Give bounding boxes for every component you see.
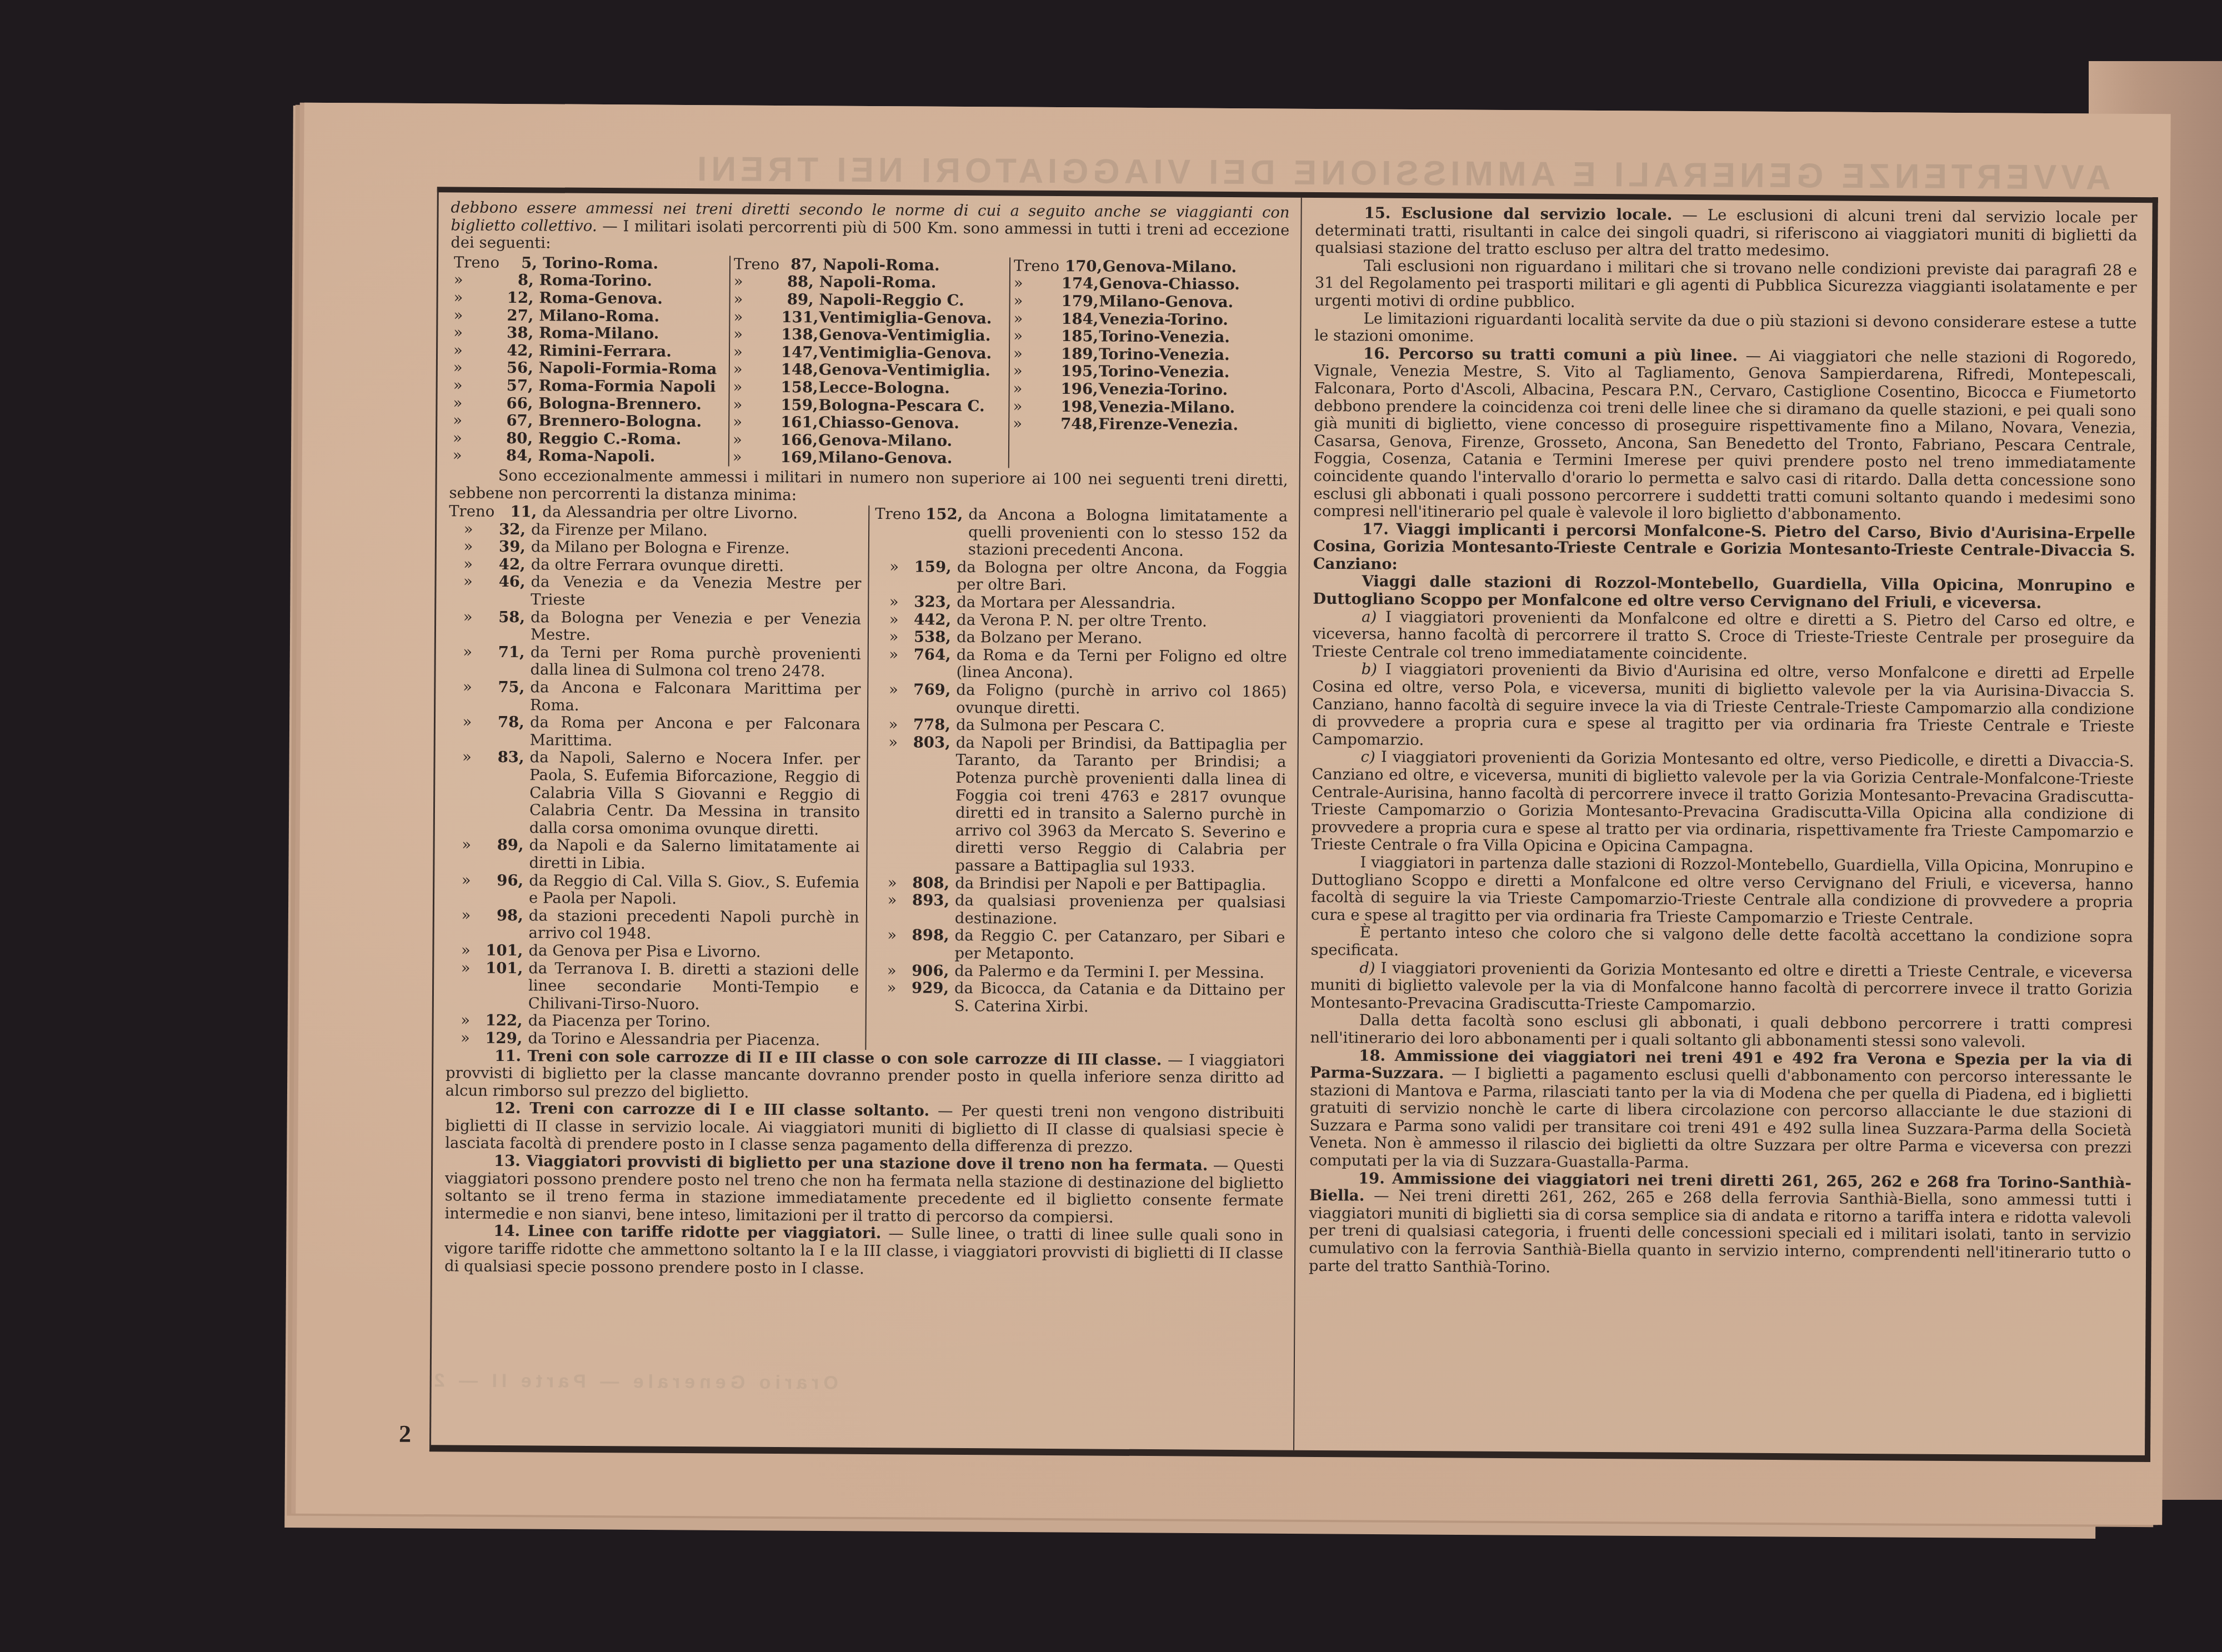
section-14-heading: 14. Linee con tariffe ridotte per viaggi… xyxy=(493,1222,881,1242)
train-route: Roma-Napoli. xyxy=(533,448,655,466)
exception-description: da Terranova I. B. diretti a stazioni de… xyxy=(523,960,859,1014)
train-number: 71, xyxy=(487,644,524,679)
item-d-label: d) xyxy=(1359,959,1375,977)
train-number: 32, xyxy=(488,520,526,538)
train-row: »748,Firenze-Venezia. xyxy=(1013,415,1288,435)
section-15: 15. Esclusione dal servizio locale. — Le… xyxy=(1315,204,2138,262)
ditto-mark: » xyxy=(733,431,780,449)
train-number: 80, xyxy=(501,430,533,448)
section-17-subheading: Viaggi dalle stazioni di Rozzol-Montebel… xyxy=(1313,573,2135,613)
train-route: Roma-Formia Napoli xyxy=(533,377,716,396)
ditto-mark: » xyxy=(733,449,780,467)
ditto-mark: » xyxy=(453,412,501,430)
train-number: 39, xyxy=(488,538,526,556)
page-number: 2 xyxy=(399,1420,411,1448)
exception-train-row: »46,da Venezia e da Venezia Mestre per T… xyxy=(448,573,861,611)
exception-description: da Verona P. N. per oltre Trento. xyxy=(951,612,1287,631)
train-number: 808, xyxy=(912,874,949,892)
train-number: 78, xyxy=(487,714,524,749)
ditto-mark: » xyxy=(448,643,487,679)
train-number: 184, xyxy=(1061,311,1093,328)
train-number: 66, xyxy=(501,394,533,412)
exception-description: da Roma per Ancona e per Falconara Marit… xyxy=(524,714,860,751)
exception-description: da qualsiasi provenienza per qualsiasi d… xyxy=(949,892,1285,929)
train-route: Brennero-Bologna. xyxy=(533,412,702,430)
exception-train-row: »75,da Ancona e Falconara Marittima per … xyxy=(448,678,860,716)
train-number: 84, xyxy=(501,447,533,465)
train-route: Napoli-Reggio C. xyxy=(814,291,964,309)
exception-description: da Firenze per Milano. xyxy=(526,521,862,540)
item-b-label: b) xyxy=(1361,660,1377,678)
ditto-mark: » xyxy=(1013,345,1061,363)
train-number: 88, xyxy=(782,273,814,291)
ditto-mark: » xyxy=(447,872,486,907)
train-number: 893, xyxy=(912,892,949,928)
exception-description: da Foligno (purchè in arrivo col 1865) o… xyxy=(950,682,1287,719)
exception-train-row: Treno152,da Ancona a Bologna limitatamen… xyxy=(875,505,1288,560)
train-number: 158, xyxy=(781,379,813,397)
exception-description: da Piacenza per Torino. xyxy=(523,1013,859,1032)
section-13: 13. Viaggiatori provvisti di biglietto p… xyxy=(444,1152,1284,1228)
train-row: »158,Lecce-Bologna. xyxy=(733,378,1009,398)
train-row: »166,Genova-Milano. xyxy=(733,431,1008,450)
section-15-heading: 15. Esclusione dal servizio locale. xyxy=(1364,204,1673,223)
ditto-mark: » xyxy=(1013,363,1061,381)
ditto-mark: » xyxy=(448,573,487,609)
exception-description: da Napoli per Brindisi, da Battipaglia p… xyxy=(949,734,1287,877)
exception-description: da stazioni precedenti Napoli purchè in … xyxy=(523,907,859,944)
train-number: 89, xyxy=(782,291,814,309)
ditto-mark: » xyxy=(449,555,488,573)
train-route: Bologna-Brennero. xyxy=(533,395,702,413)
train-route: Ventimiglia-Genova. xyxy=(813,344,992,363)
section-17-a: a) I viaggiatori provenienti da Monfalco… xyxy=(1313,608,2135,666)
train-number: 83, xyxy=(486,749,524,837)
train-route: Firenze-Venezia. xyxy=(1093,416,1238,434)
ditto-mark: » xyxy=(453,342,501,359)
exception-description: da Reggio C. per Catanzaro, per Sibari e… xyxy=(949,927,1285,964)
exception-description: da Ancona e Falconara Marittima per Roma… xyxy=(524,679,860,716)
train-number: 148, xyxy=(781,361,813,379)
train-row: Treno170,Genova-Milano. xyxy=(1014,257,1289,277)
exception-trains-left: Treno11,da Alessandria per oltre Livorno… xyxy=(446,503,868,1049)
ditto-mark: » xyxy=(1013,381,1061,398)
ditto-mark: » xyxy=(874,716,913,734)
timetable-page: AVVERTENZE GENERALI E AMMISSIONE DEI VIA… xyxy=(296,103,2170,1525)
train-route: Torino-Venezia. xyxy=(1093,328,1230,347)
train-number: 538, xyxy=(913,629,951,647)
train-number: 131, xyxy=(781,309,813,327)
exception-train-row: »98,da stazioni precedenti Napoli purchè… xyxy=(447,907,859,944)
train-row: »131,Ventimiglia-Genova. xyxy=(733,308,1009,328)
train-number: 906, xyxy=(911,962,949,980)
exception-train-row: »89,da Napoli e da Salerno limitatamente… xyxy=(447,837,859,874)
train-number: 169, xyxy=(780,449,813,467)
section-17-b: b) I viaggiatori provenienti da Bivio d'… xyxy=(1312,660,2135,753)
exception-description: da Palermo e da Termini I. per Messina. xyxy=(949,962,1285,982)
train-row: »138,Genova-Ventimiglia. xyxy=(733,326,1009,346)
ditto-mark: » xyxy=(1014,275,1062,293)
ditto-mark: » xyxy=(733,378,781,396)
train-number: 98, xyxy=(486,907,523,943)
exception-intro: Sono eccezionalmente ammessi i militari … xyxy=(449,467,1288,507)
train-route: Bologna-Pescara C. xyxy=(813,397,984,415)
train-number: 87, xyxy=(785,256,817,274)
ditto-mark: » xyxy=(446,1012,485,1030)
train-route: Ventimiglia-Genova. xyxy=(813,309,992,328)
train-row: »88,Napoli-Roma. xyxy=(734,273,1009,293)
train-number: 166, xyxy=(780,432,813,449)
ditto-mark: » xyxy=(1013,328,1061,346)
train-row: Treno5,Torino-Roma. xyxy=(454,254,729,273)
section-14: 14. Linee con tariffe ridotte per viaggi… xyxy=(444,1223,1284,1280)
ditto-mark: » xyxy=(1013,398,1060,415)
left-column: debbono essere ammessi nei treni diretti… xyxy=(444,199,1290,1280)
train-row: »189,Torino-Venezia. xyxy=(1013,345,1289,364)
train-number: 42, xyxy=(488,556,526,574)
train-route: Genova-Ventimiglia. xyxy=(813,362,990,381)
ditto-mark: » xyxy=(1013,415,1060,433)
train-route: Roma-Milano. xyxy=(533,324,659,343)
exception-description: da Milano per Bologna e Firenze. xyxy=(526,538,862,558)
train-route: Venezia-Torino. xyxy=(1093,381,1228,399)
ditto-mark: » xyxy=(453,394,501,412)
train-number: 56, xyxy=(501,359,533,377)
train-route: Roma-Genova. xyxy=(534,289,663,308)
train-route: Lecce-Bologna. xyxy=(813,379,950,397)
train-number: 185, xyxy=(1061,328,1093,346)
exception-description: da Bolzano per Merano. xyxy=(951,629,1287,648)
train-number: 122, xyxy=(485,1012,523,1030)
train-route: Torino-Venezia. xyxy=(1093,363,1230,382)
train-number: 198, xyxy=(1060,398,1093,416)
ditto-mark: Treno xyxy=(1014,257,1065,275)
train-row: »185,Torino-Venezia. xyxy=(1013,328,1289,347)
ditto-mark: » xyxy=(447,837,486,872)
ditto-mark: » xyxy=(733,343,781,361)
exception-train-row: »96,da Reggio di Cal. Villa S. Giov., S.… xyxy=(447,872,859,909)
train-number: 75, xyxy=(487,679,524,714)
item-a-text: I viaggiatori provenienti da Monfalcone … xyxy=(1313,608,2135,663)
exception-description: da Roma e da Terni per Foligno ed oltre … xyxy=(950,647,1287,684)
train-row: »169,Milano-Genova. xyxy=(733,449,1008,468)
train-number: 803, xyxy=(912,734,950,874)
train-number: 12, xyxy=(502,289,534,307)
train-row: »89,Napoli-Reggio C. xyxy=(734,291,1009,310)
exception-description: da Ancona a Bologna limitatamente a quel… xyxy=(963,506,1288,560)
train-number: 196, xyxy=(1061,381,1093,398)
ditto-mark: Treno xyxy=(454,254,505,272)
ditto-mark: » xyxy=(874,646,913,682)
exception-train-row: »101,da Genova per Pisa e Livorno. xyxy=(446,942,859,962)
train-route: Roma-Torino. xyxy=(534,272,652,291)
ditto-mark: » xyxy=(447,749,487,837)
train-route: Genova-Ventimiglia. xyxy=(813,327,990,346)
train-number: 179, xyxy=(1062,293,1094,311)
exception-train-row: »769,da Foligno (purchè in arrivo col 18… xyxy=(874,681,1287,719)
exception-train-row: »101,da Terranova I. B. diretti a stazio… xyxy=(446,959,859,1014)
exception-description: da Bicocca, da Catania e da Dittaino per… xyxy=(949,980,1285,1017)
ditto-mark: » xyxy=(733,396,780,414)
ditto-mark: » xyxy=(1013,310,1061,328)
ditto-mark: » xyxy=(874,611,913,629)
train-number: 929, xyxy=(911,980,949,1015)
excluded-trains-column: Treno87,Napoli-Roma.»88,Napoli-Roma.»89,… xyxy=(728,256,1009,468)
train-route: Napoli-Roma. xyxy=(814,274,937,292)
section-16-body: — Ai viaggiatori che nelle stazioni di R… xyxy=(1313,347,2136,523)
exception-description: da Terni per Roma purchè provenienti dal… xyxy=(524,644,860,681)
train-route: Milano-Roma. xyxy=(533,307,659,326)
train-row: Treno87,Napoli-Roma. xyxy=(734,256,1009,275)
ditto-mark: » xyxy=(446,1029,484,1047)
ditto-mark: » xyxy=(873,734,913,874)
train-number: 58, xyxy=(487,608,525,644)
ditto-mark: » xyxy=(448,608,487,644)
excluded-trains-column: Treno5,Torino-Roma.»8,Roma-Torino.»12,Ro… xyxy=(449,254,729,466)
exception-description: da Bologna per oltre Ancona, da Foggia p… xyxy=(951,559,1287,596)
train-number: 129, xyxy=(484,1030,522,1048)
ditto-mark: Treno xyxy=(734,256,785,273)
exception-description: da Torino e Alessandria per Piacenza. xyxy=(522,1030,858,1049)
train-row: »184,Venezia-Torino. xyxy=(1013,310,1289,329)
train-number: 159, xyxy=(913,558,951,594)
section-18: 18. Ammissione dei viaggiatori nei treni… xyxy=(1309,1047,2132,1174)
ditto-mark: » xyxy=(453,359,501,377)
train-number: 189, xyxy=(1061,346,1093,363)
train-route: Chiasso-Genova. xyxy=(813,414,959,432)
section-19-body: — Nei treni diretti 261, 262, 265 e 268 … xyxy=(1309,1187,2131,1276)
item-c-label: c) xyxy=(1361,748,1375,766)
item-a-label: a) xyxy=(1362,608,1377,625)
section-17-c: c) I viaggiatori provenienti da Gorizia … xyxy=(1312,748,2134,859)
train-route: Genova-Milano. xyxy=(813,432,952,450)
train-number: 764, xyxy=(913,646,950,682)
section-16-heading: 16. Percorso su tratti comuni a più line… xyxy=(1363,344,1738,364)
train-number: 170, xyxy=(1065,258,1097,276)
excluded-trains-column: Treno170,Genova-Milano.»174,Genova-Chias… xyxy=(1008,257,1289,469)
train-row: »161,Chiasso-Genova. xyxy=(733,414,1008,433)
train-number: 174, xyxy=(1062,275,1094,293)
section-11: 11. Treni con sole carrozze di II e III … xyxy=(446,1047,1285,1105)
train-number: 11, xyxy=(499,503,537,521)
section-17-pertanto: È pertanto inteso che coloro che si valg… xyxy=(1310,924,2133,964)
train-number: 769, xyxy=(913,682,950,717)
column-divider xyxy=(1293,198,1302,1450)
ditto-mark: » xyxy=(874,681,913,717)
train-number: 138, xyxy=(781,326,813,344)
section-17-heading: 17. Viaggi implicanti i percorsi Monfalc… xyxy=(1313,520,2136,578)
item-c-text: I viaggiatori provenienti da Gorizia Mon… xyxy=(1312,748,2134,856)
ditto-mark: » xyxy=(1014,293,1062,311)
train-row: »174,Genova-Chiasso. xyxy=(1014,275,1289,294)
ditto-mark: » xyxy=(733,326,781,344)
train-row: »80,Reggio C.-Roma. xyxy=(453,429,728,449)
train-number: 323, xyxy=(913,594,951,612)
train-row: »42,Rimini-Ferrara. xyxy=(453,342,729,361)
exception-description: da Mortara per Alessandria. xyxy=(951,594,1287,613)
section-12: 12. Treni con carrozze di I e III classe… xyxy=(445,1100,1284,1158)
train-row: »198,Venezia-Milano. xyxy=(1013,398,1288,417)
train-row: »12,Roma-Genova. xyxy=(454,289,729,308)
text-frame: debbono essere ammessi nei treni diretti… xyxy=(429,187,2158,1462)
section-12-heading: 12. Treni con carrozze di I e III classe… xyxy=(494,1099,930,1120)
train-route: Torino-Venezia. xyxy=(1093,346,1230,364)
train-number: 101, xyxy=(485,959,523,1012)
train-route: Genova-Chiasso. xyxy=(1094,276,1240,294)
ditto-mark: » xyxy=(733,414,780,432)
train-row: »8,Roma-Torino. xyxy=(454,272,729,291)
ditto-mark: » xyxy=(449,538,488,556)
train-number: 147, xyxy=(781,344,813,362)
exception-train-row: »893,da qualsiasi provenienza per qualsi… xyxy=(873,892,1285,929)
train-row: »67,Brennero-Bologna. xyxy=(453,412,728,432)
exception-train-row: »83,da Napoli, Salerno e Nocera Infer. p… xyxy=(447,749,860,839)
ditto-mark: » xyxy=(453,377,501,394)
exception-train-row: »58,da Bologna per Venezia e per Venezia… xyxy=(448,608,861,646)
ditto-mark: » xyxy=(874,558,913,594)
ditto-mark: » xyxy=(449,520,488,538)
exception-description: da Sulmona per Pescara C. xyxy=(950,717,1287,736)
ditto-mark: » xyxy=(447,907,486,942)
train-number: 67, xyxy=(501,412,533,430)
ditto-mark: » xyxy=(446,942,485,959)
ditto-mark: » xyxy=(453,447,501,465)
train-number: 5, xyxy=(505,254,537,272)
train-row: »147,Ventimiglia-Genova. xyxy=(733,343,1009,363)
ditto-mark: » xyxy=(734,273,782,291)
ditto-mark: » xyxy=(454,272,502,289)
section-19: 19. Ammissione dei viaggiatori nei treni… xyxy=(1309,1170,2131,1280)
exception-description: da Venezia e da Venezia Mestre per Tries… xyxy=(525,574,861,611)
ditto-mark: » xyxy=(446,959,486,1012)
ditto-mark: » xyxy=(454,289,502,307)
train-row: »148,Genova-Ventimiglia. xyxy=(733,361,1009,381)
train-route: Milano-Genova. xyxy=(813,449,953,468)
train-row: »159,Bologna-Pescara C. xyxy=(733,396,1008,415)
exception-description: da oltre Ferrara ovunque diretti. xyxy=(526,556,862,575)
excluded-trains-table: Treno5,Torino-Roma.»8,Roma-Torino.»12,Ro… xyxy=(449,254,1289,469)
train-number: 161, xyxy=(780,414,813,432)
section-17-partenza: I viaggiatori in partenza dalle stazioni… xyxy=(1311,854,2134,929)
ditto-mark: » xyxy=(874,593,913,611)
train-number: 46, xyxy=(487,573,525,609)
exception-description: da Genova per Pisa e Livorno. xyxy=(523,942,859,962)
train-route: Genova-Milano. xyxy=(1097,258,1237,276)
train-route: Napoli-Formia-Roma xyxy=(533,360,717,379)
train-number: 748, xyxy=(1060,415,1093,433)
train-route: Rimini-Ferrara. xyxy=(533,342,672,361)
train-number: 8, xyxy=(502,272,534,289)
train-route: Reggio C.-Roma. xyxy=(533,430,681,448)
exception-train-row: »929,da Bicocca, da Catania e da Dittain… xyxy=(872,979,1285,1017)
train-number: 195, xyxy=(1061,363,1093,381)
ditto-mark: » xyxy=(453,324,501,342)
train-route: Torino-Roma. xyxy=(537,254,658,273)
section-15-p2: Tali esclusioni non riguardano i militar… xyxy=(1315,257,2138,315)
item-b-text: I viaggiatori provenienti da Bivio d'Aur… xyxy=(1312,660,2135,749)
exception-train-row: »71,da Terni per Roma purchè provenienti… xyxy=(448,643,860,681)
train-row: »57,Roma-Formia Napoli xyxy=(453,377,729,396)
exception-description: da Bologna per Venezia e per Venezia Mes… xyxy=(525,609,861,646)
section-15-p3: Le limitazioni riguardanti località serv… xyxy=(1314,309,2136,349)
train-row: »27,Milano-Roma. xyxy=(453,307,729,326)
exception-train-row: »764,da Roma e da Terni per Foligno ed o… xyxy=(874,646,1287,684)
ditto-mark: » xyxy=(448,678,487,714)
intro-paragraph: debbono essere ammessi nei treni diretti… xyxy=(451,199,1290,257)
exception-trains-right: Treno152,da Ancona a Bologna limitatamen… xyxy=(865,505,1288,1052)
train-route: Venezia-Milano. xyxy=(1093,398,1235,417)
train-number: 778, xyxy=(913,717,950,734)
train-route: Napoli-Roma. xyxy=(817,256,940,274)
section-17-d: d) I viaggiatori provenienti da Gorizia … xyxy=(1310,959,2133,1017)
ditto-mark: » xyxy=(874,628,913,646)
ditto-mark: » xyxy=(733,361,781,379)
exception-description: da Alessandria per oltre Livorno. xyxy=(537,503,862,523)
train-number: 38, xyxy=(501,324,533,342)
ditto-mark: » xyxy=(734,291,782,308)
section-17-abbonati: Dalla detta facoltà sono esclusi gli abb… xyxy=(1310,1012,2132,1052)
item-d-text: I viaggiatori provenienti da Gorizia Mon… xyxy=(1310,959,2133,1014)
ditto-mark: » xyxy=(453,307,501,324)
exception-train-row: »159,da Bologna per oltre Ancona, da Fog… xyxy=(874,558,1287,596)
train-number: 89, xyxy=(486,837,523,872)
exception-description: da Brindisi per Napoli e per Battipaglia… xyxy=(949,874,1285,894)
train-number: 159, xyxy=(780,397,813,414)
ditto-mark: Treno xyxy=(449,503,499,520)
ditto-mark: » xyxy=(872,979,911,1015)
train-row: »179,Milano-Genova. xyxy=(1014,293,1289,312)
ditto-mark: » xyxy=(872,962,911,980)
train-row: »56,Napoli-Formia-Roma xyxy=(453,359,729,379)
exception-train-row: »803,da Napoli per Brindisi, da Battipag… xyxy=(873,734,1287,877)
exception-description: da Reggio di Cal. Villa S. Giov., S. Euf… xyxy=(523,872,859,909)
train-row: »84,Roma-Napoli. xyxy=(453,447,728,467)
train-row: »196,Venezia-Torino. xyxy=(1013,381,1289,400)
ditto-mark: » xyxy=(873,892,912,927)
exception-train-row: »78,da Roma per Ancona e per Falconara M… xyxy=(448,714,860,752)
train-number: 152, xyxy=(925,506,963,559)
train-route: Milano-Genova. xyxy=(1094,293,1234,311)
ditto-mark: » xyxy=(733,308,781,326)
ditto-mark: » xyxy=(453,429,501,447)
exception-description: da Napoli e da Salerno limitatamente ai … xyxy=(523,837,859,874)
train-number: 57, xyxy=(501,377,533,395)
train-row: »38,Roma-Milano. xyxy=(453,324,729,344)
train-number: 898, xyxy=(911,927,949,963)
train-number: 42, xyxy=(501,342,533,360)
ditto-mark: » xyxy=(448,714,487,749)
exception-trains-table: Treno11,da Alessandria per oltre Livorno… xyxy=(446,503,1288,1052)
train-number: 101, xyxy=(485,942,523,960)
train-number: 442, xyxy=(913,611,951,629)
exception-train-row: »898,da Reggio C. per Catanzaro, per Sib… xyxy=(872,927,1285,964)
ditto-mark: » xyxy=(873,874,912,892)
train-number: 96, xyxy=(486,872,523,907)
section-16: 16. Percorso su tratti comuni a più line… xyxy=(1313,345,2136,525)
train-row: »195,Torino-Venezia. xyxy=(1013,363,1289,382)
ditto-mark: » xyxy=(872,927,911,962)
exception-description: da Napoli, Salerno e Nocera Infer. per P… xyxy=(524,749,860,839)
train-row: »66,Bologna-Brennero. xyxy=(453,394,728,414)
ditto-mark: Treno xyxy=(875,505,925,558)
right-column: 15. Esclusione dal servizio locale. — Le… xyxy=(1309,204,2138,1280)
train-route: Venezia-Torino. xyxy=(1093,311,1228,329)
train-number: 27, xyxy=(501,307,533,324)
